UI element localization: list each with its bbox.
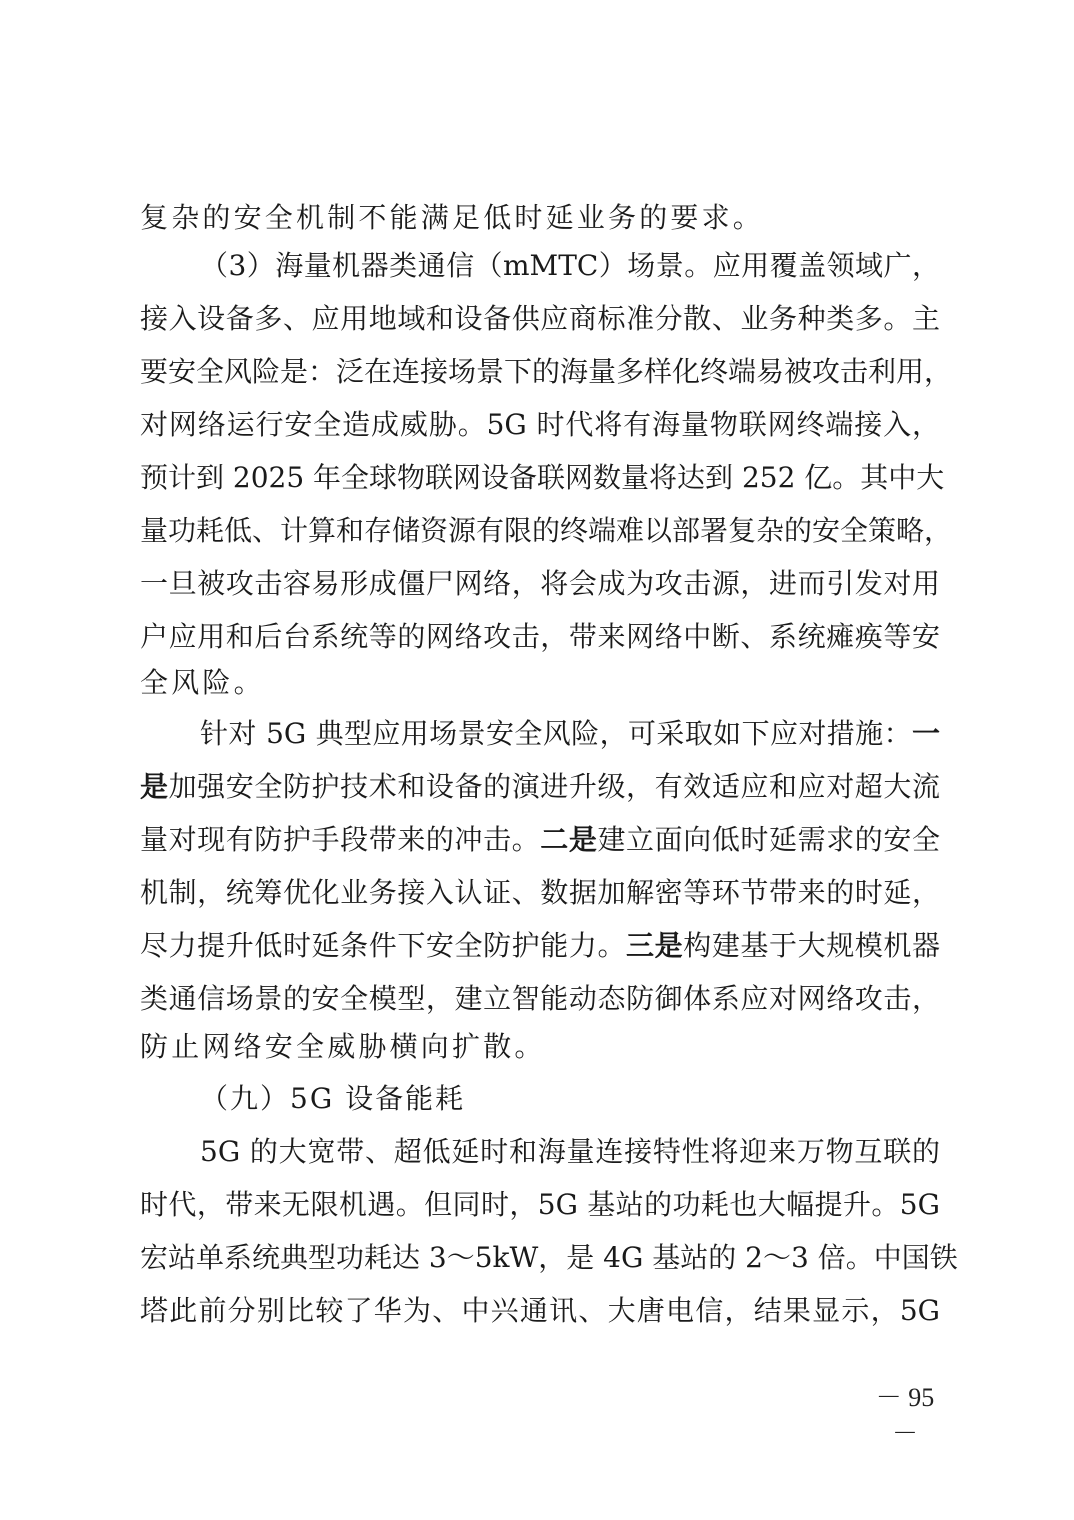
paragraph-line: 要安全风险是：泛在连接场景下的海量多样化终端易被攻击利用， (140, 350, 940, 394)
section-heading: （九）5G 设备能耗 (200, 1077, 940, 1121)
measures-text: 加强安全防护技术和设备的演进升级，有效适应和应对超大流 (169, 770, 940, 803)
paragraph-line: 全风险。 (140, 661, 940, 705)
measures-text: 构建基于大规模机器 (683, 929, 940, 962)
paragraph-line: 塔此前分别比较了华为、中兴通讯、大唐电信，结果显示，5G (140, 1289, 940, 1333)
document-page: 复杂的安全机制不能满足低时延业务的要求。 （3）海量机器类通信（mMTC）场景。… (0, 0, 1074, 1520)
measure-one-marker: 是 (140, 770, 169, 803)
paragraph-line: 量功耗低、计算和存储资源有限的终端难以部署复杂的安全策略， (140, 509, 940, 553)
paragraph-line: 机制，统筹优化业务接入认证、数据加解密等环节带来的时延， (140, 871, 940, 915)
paragraph-line: 一旦被攻击容易形成僵尸网络，将会成为攻击源，进而引发对用 (140, 562, 940, 606)
paragraph-line: 量对现有防护手段带来的冲击。二是建立面向低时延需求的安全 (140, 818, 940, 862)
paragraph-line: 户应用和后台系统等的网络攻击，带来网络中断、系统瘫痪等安 (140, 615, 940, 659)
measures-text: 量对现有防护手段带来的冲击。 (140, 823, 540, 856)
paragraph-line: 针对 5G 典型应用场景安全风险，可采取如下应对措施：一 (200, 712, 940, 756)
paragraph-line: 类通信场景的安全模型，建立智能动态防御体系应对网络攻击， (140, 977, 940, 1021)
measures-text: 建立面向低时延需求的安全 (597, 823, 940, 856)
paragraph-line: 防止网络安全威胁横向扩散。 (140, 1025, 940, 1069)
page-number: － 95 － (860, 1380, 950, 1416)
paragraph-line: 时代，带来无限机遇。但同时，5G 基站的功耗也大幅提升。5G (140, 1183, 940, 1227)
paragraph-line: 宏站单系统典型功耗达 3～5kW，是 4G 基站的 2～3 倍。中国铁 (140, 1236, 940, 1280)
paragraph-line: 5G 的大宽带、超低延时和海量连接特性将迎来万物互联的 (200, 1130, 940, 1174)
paragraph-line: 接入设备多、应用地域和设备供应商标准分散、业务种类多。主 (140, 297, 940, 341)
measure-one-marker: 一 (912, 717, 940, 750)
paragraph-line: 是加强安全防护技术和设备的演进升级，有效适应和应对超大流 (140, 765, 940, 809)
measure-three-marker: 三是 (626, 929, 683, 962)
measures-text: 针对 5G 典型应用场景安全风险，可采取如下应对措施： (200, 717, 912, 750)
paragraph-line: 尽力提升低时延条件下安全防护能力。三是构建基于大规模机器 (140, 924, 940, 968)
paragraph-line: 对网络运行安全造成威胁。5G 时代将有海量物联网终端接入， (140, 403, 940, 447)
measure-two-marker: 二是 (540, 823, 597, 856)
paragraph-line: 复杂的安全机制不能满足低时延业务的要求。 (140, 196, 940, 240)
paragraph-line: 预计到 2025 年全球物联网设备联网数量将达到 252 亿。其中大 (140, 456, 940, 500)
paragraph-line: （3）海量机器类通信（mMTC）场景。应用覆盖领域广， (200, 244, 940, 288)
measures-text: 尽力提升低时延条件下安全防护能力。 (140, 929, 626, 962)
